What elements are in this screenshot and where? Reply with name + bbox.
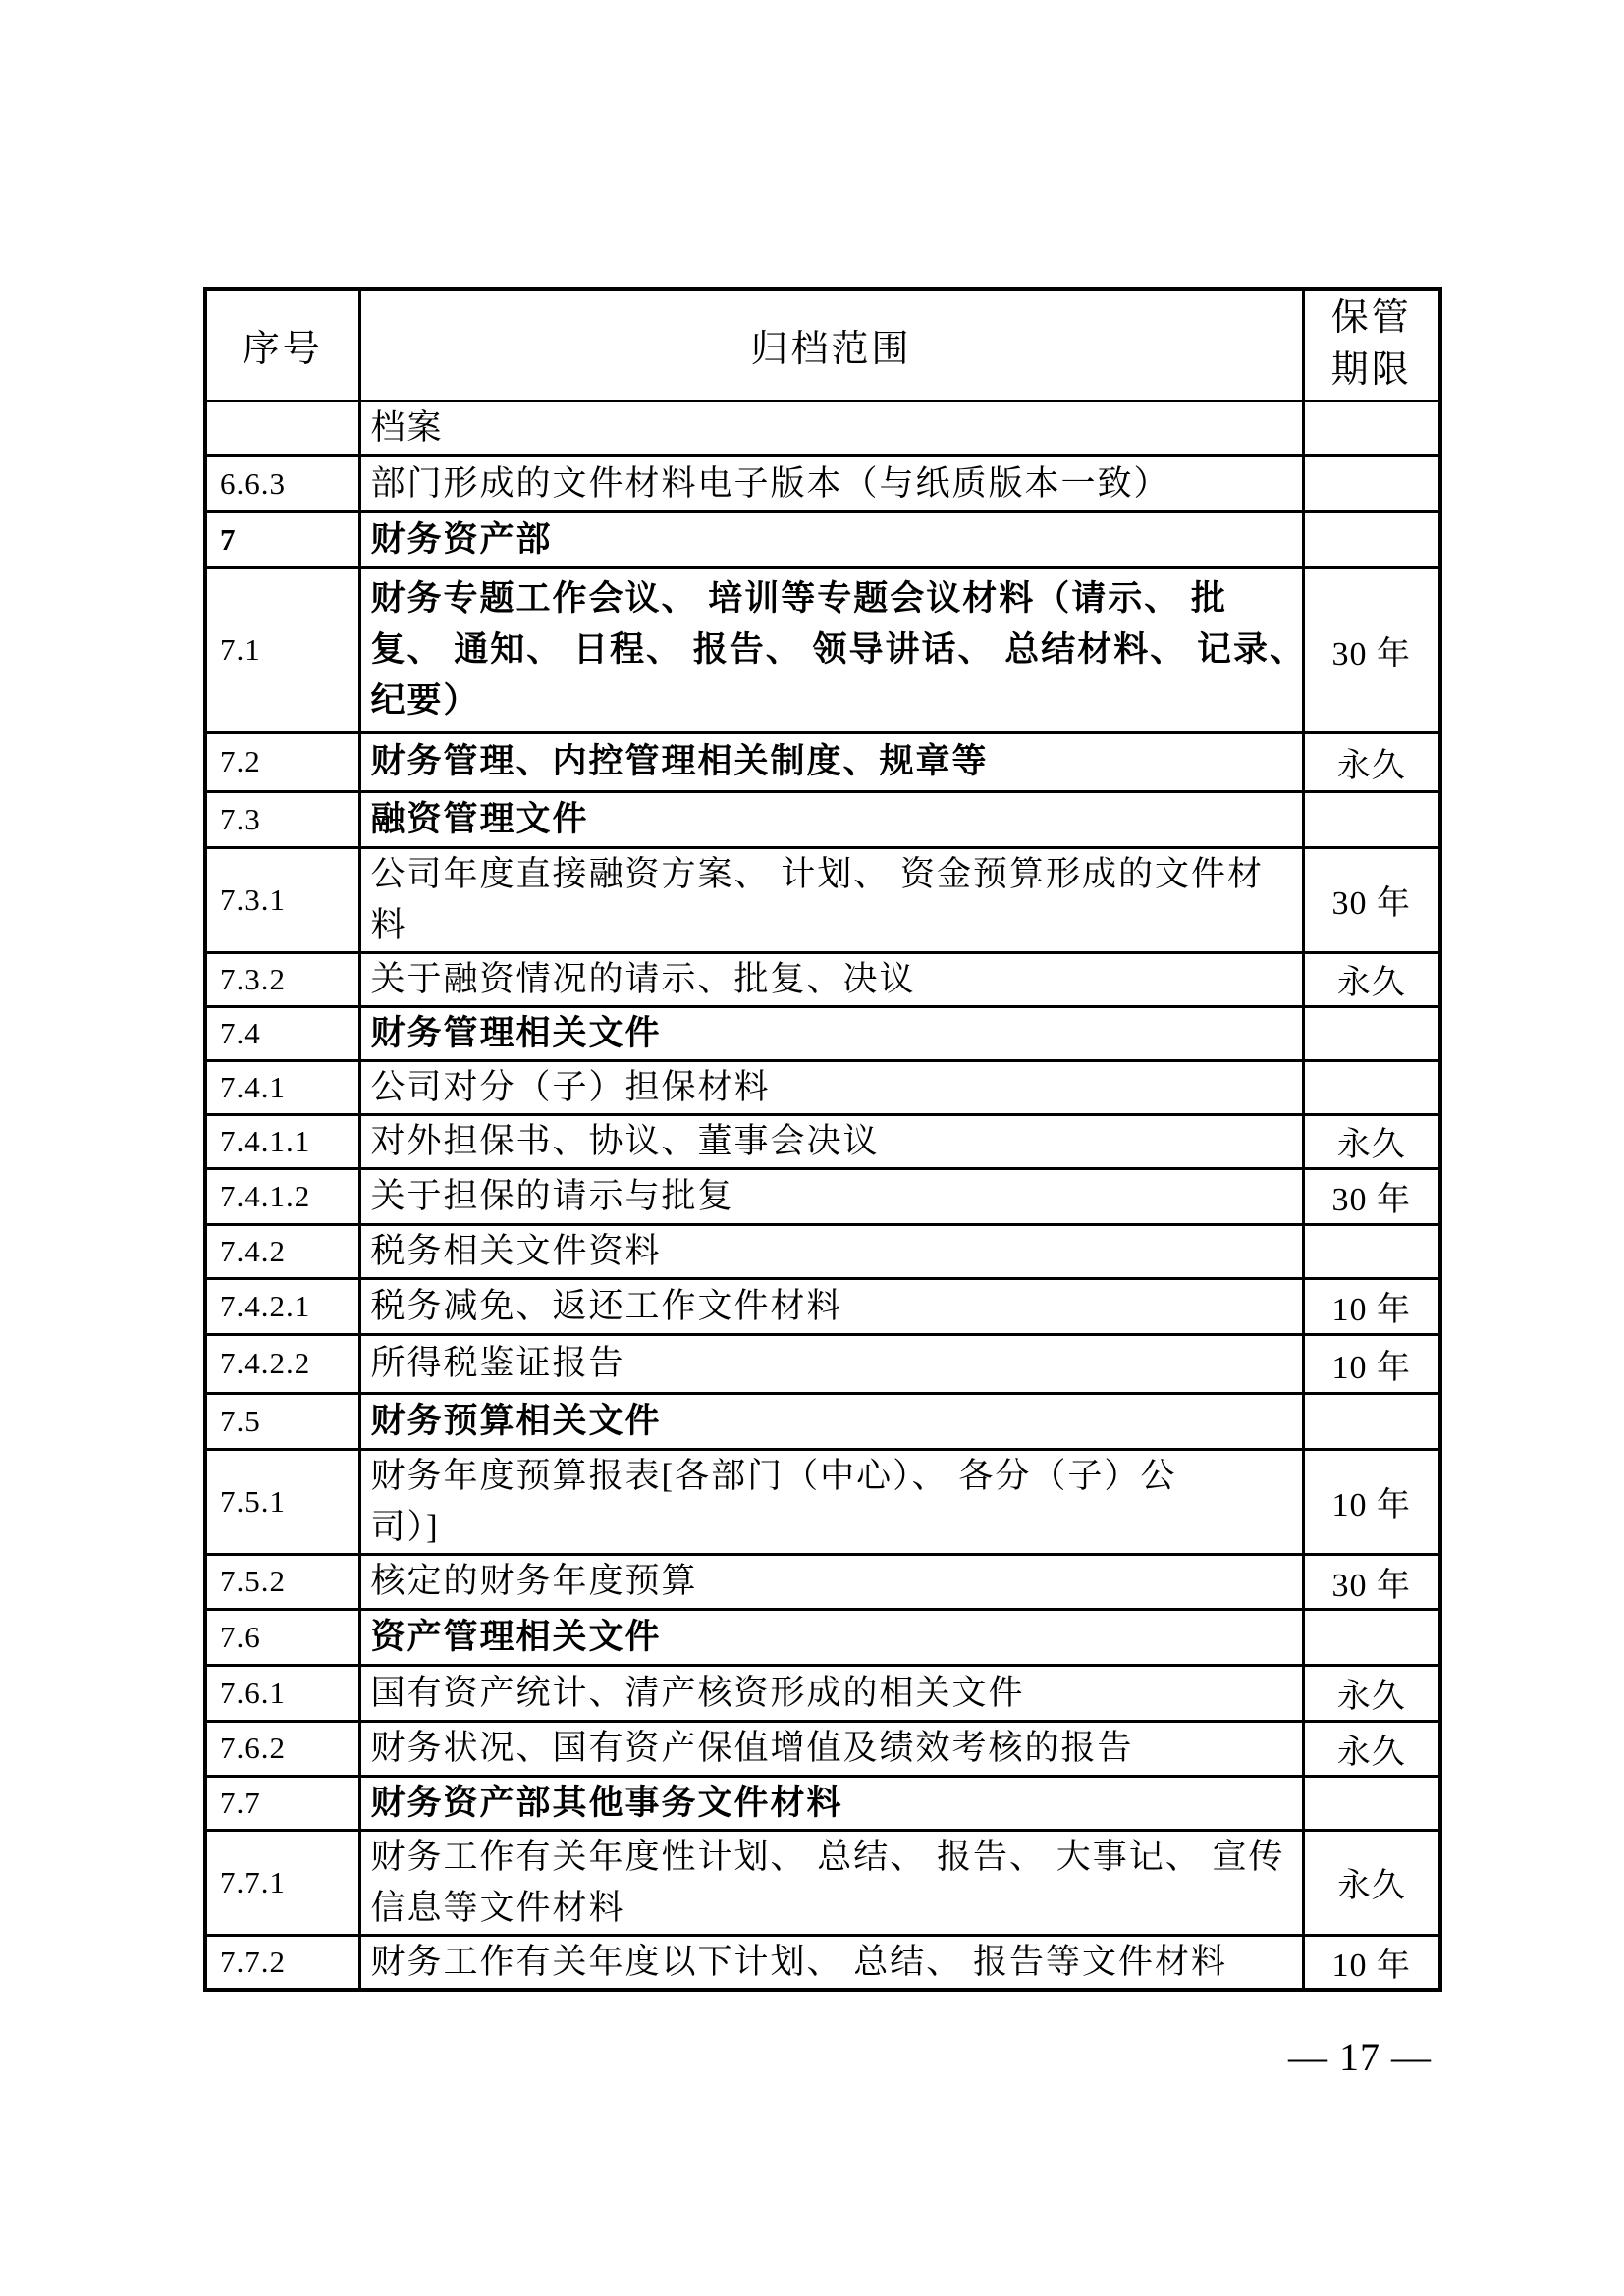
table-row: 7.1财务专题工作会议、 培训等专题会议材料（请示、 批 复、 通知、 日程、 …	[205, 567, 1440, 732]
row-number-cell	[205, 400, 359, 455]
row-scope-cell: 公司年度直接融资方案、 计划、 资金预算形成的文件材 料	[359, 847, 1303, 952]
archive-table: 序号 归档范围 保管 期限 档案6.6.3部门形成的文件材料电子版本（与纸质版本…	[203, 287, 1442, 1992]
table-row: 7.4.2税务相关文件资料	[205, 1224, 1440, 1278]
row-period-cell: 永久	[1303, 1721, 1440, 1776]
row-period-cell: 永久	[1303, 732, 1440, 791]
row-number-cell: 7.4.1.1	[205, 1114, 359, 1168]
row-number-cell: 7.6.1	[205, 1665, 359, 1721]
row-number-cell: 7.7.1	[205, 1830, 359, 1935]
row-number-cell: 7.7.2	[205, 1935, 359, 1990]
table-row: 7.3融资管理文件	[205, 791, 1440, 847]
row-number-cell: 7	[205, 511, 359, 567]
row-scope-cell: 档案	[359, 400, 1303, 455]
row-period-cell: 10 年	[1303, 1935, 1440, 1990]
table-row: 7.2财务管理、内控管理相关制度、规章等永久	[205, 732, 1440, 791]
row-period-cell: 永久	[1303, 952, 1440, 1006]
table-header-row: 序号 归档范围 保管 期限	[205, 289, 1440, 400]
table-row: 7.4财务管理相关文件	[205, 1006, 1440, 1060]
row-period-cell: 永久	[1303, 1830, 1440, 1935]
row-scope-cell: 对外担保书、协议、董事会决议	[359, 1114, 1303, 1168]
row-number-cell: 7.3.2	[205, 952, 359, 1006]
table-row: 7.6.2财务状况、国有资产保值增值及绩效考核的报告永久	[205, 1721, 1440, 1776]
table-row: 7.4.2.1税务减免、返还工作文件材料10 年	[205, 1278, 1440, 1334]
row-scope-cell: 税务相关文件资料	[359, 1224, 1303, 1278]
row-number-cell: 7.4.1	[205, 1060, 359, 1114]
row-scope-cell: 关于担保的请示与批复	[359, 1168, 1303, 1224]
row-scope-cell: 所得税鉴证报告	[359, 1334, 1303, 1393]
row-period-cell	[1303, 400, 1440, 455]
row-scope-cell: 财务工作有关年度性计划、 总结、 报告、 大事记、 宣传 信息等文件材料	[359, 1830, 1303, 1935]
table-row: 7.3.1公司年度直接融资方案、 计划、 资金预算形成的文件材 料30 年	[205, 847, 1440, 952]
row-number-cell: 7.5.1	[205, 1449, 359, 1554]
document-page: 序号 归档范围 保管 期限 档案6.6.3部门形成的文件材料电子版本（与纸质版本…	[0, 0, 1624, 2296]
row-period-cell	[1303, 791, 1440, 847]
row-number-cell: 7.6	[205, 1609, 359, 1665]
col-header-scope: 归档范围	[359, 289, 1303, 400]
row-scope-cell: 部门形成的文件材料电子版本（与纸质版本一致）	[359, 455, 1303, 511]
row-scope-cell: 关于融资情况的请示、批复、决议	[359, 952, 1303, 1006]
table-row: 7.7.1财务工作有关年度性计划、 总结、 报告、 大事记、 宣传 信息等文件材…	[205, 1830, 1440, 1935]
table-row: 7.5.2核定的财务年度预算30 年	[205, 1554, 1440, 1609]
row-period-cell	[1303, 455, 1440, 511]
row-scope-cell: 财务年度预算报表[各部门（中心）、 各分（子）公 司）]	[359, 1449, 1303, 1554]
row-period-cell	[1303, 1776, 1440, 1830]
table-row: 7.5财务预算相关文件	[205, 1393, 1440, 1449]
row-period-cell	[1303, 1393, 1440, 1449]
table-row: 7.6.1国有资产统计、清产核资形成的相关文件永久	[205, 1665, 1440, 1721]
table-row: 7.4.1.2关于担保的请示与批复30 年	[205, 1168, 1440, 1224]
row-period-cell	[1303, 1060, 1440, 1114]
row-period-cell	[1303, 1006, 1440, 1060]
table-row: 7.7财务资产部其他事务文件材料	[205, 1776, 1440, 1830]
row-number-cell: 7.2	[205, 732, 359, 791]
row-scope-cell: 财务资产部其他事务文件材料	[359, 1776, 1303, 1830]
col-header-period: 保管 期限	[1303, 289, 1440, 400]
row-period-cell	[1303, 1224, 1440, 1278]
row-scope-cell: 财务专题工作会议、 培训等专题会议材料（请示、 批 复、 通知、 日程、 报告、…	[359, 567, 1303, 732]
row-number-cell: 7.4	[205, 1006, 359, 1060]
table-row: 7.6资产管理相关文件	[205, 1609, 1440, 1665]
table-row: 7.4.1.1对外担保书、协议、董事会决议永久	[205, 1114, 1440, 1168]
table-row: 7财务资产部	[205, 511, 1440, 567]
row-period-cell: 30 年	[1303, 1554, 1440, 1609]
row-scope-cell: 财务管理、内控管理相关制度、规章等	[359, 732, 1303, 791]
row-scope-cell: 财务工作有关年度以下计划、 总结、 报告等文件材料	[359, 1935, 1303, 1990]
table-row: 档案	[205, 400, 1440, 455]
row-scope-cell: 资产管理相关文件	[359, 1609, 1303, 1665]
row-scope-cell: 税务减免、返还工作文件材料	[359, 1278, 1303, 1334]
row-number-cell: 7.3.1	[205, 847, 359, 952]
table-row: 7.7.2财务工作有关年度以下计划、 总结、 报告等文件材料10 年	[205, 1935, 1440, 1990]
row-number-cell: 7.4.1.2	[205, 1168, 359, 1224]
row-period-cell: 10 年	[1303, 1449, 1440, 1554]
row-number-cell: 7.5	[205, 1393, 359, 1449]
table-row: 7.4.2.2所得税鉴证报告10 年	[205, 1334, 1440, 1393]
row-period-cell	[1303, 511, 1440, 567]
row-scope-cell: 公司对分（子）担保材料	[359, 1060, 1303, 1114]
row-period-cell: 30 年	[1303, 847, 1440, 952]
row-period-cell	[1303, 1609, 1440, 1665]
row-number-cell: 7.7	[205, 1776, 359, 1830]
row-period-cell: 30 年	[1303, 567, 1440, 732]
table-row: 7.5.1财务年度预算报表[各部门（中心）、 各分（子）公 司）]10 年	[205, 1449, 1440, 1554]
page-number: — 17 —	[1276, 2034, 1443, 2080]
col-header-number: 序号	[205, 289, 359, 400]
row-period-cell: 永久	[1303, 1665, 1440, 1721]
row-number-cell: 6.6.3	[205, 455, 359, 511]
row-scope-cell: 财务资产部	[359, 511, 1303, 567]
row-period-cell: 30 年	[1303, 1168, 1440, 1224]
row-number-cell: 7.5.2	[205, 1554, 359, 1609]
row-scope-cell: 财务状况、国有资产保值增值及绩效考核的报告	[359, 1721, 1303, 1776]
table-row: 6.6.3部门形成的文件材料电子版本（与纸质版本一致）	[205, 455, 1440, 511]
row-period-cell: 10 年	[1303, 1334, 1440, 1393]
row-number-cell: 7.4.2	[205, 1224, 359, 1278]
row-number-cell: 7.1	[205, 567, 359, 732]
table-row: 7.4.1公司对分（子）担保材料	[205, 1060, 1440, 1114]
row-number-cell: 7.6.2	[205, 1721, 359, 1776]
row-scope-cell: 融资管理文件	[359, 791, 1303, 847]
row-number-cell: 7.3	[205, 791, 359, 847]
row-scope-cell: 财务预算相关文件	[359, 1393, 1303, 1449]
row-period-cell: 永久	[1303, 1114, 1440, 1168]
row-number-cell: 7.4.2.1	[205, 1278, 359, 1334]
row-scope-cell: 国有资产统计、清产核资形成的相关文件	[359, 1665, 1303, 1721]
table-row: 7.3.2关于融资情况的请示、批复、决议永久	[205, 952, 1440, 1006]
row-scope-cell: 核定的财务年度预算	[359, 1554, 1303, 1609]
row-scope-cell: 财务管理相关文件	[359, 1006, 1303, 1060]
row-period-cell: 10 年	[1303, 1278, 1440, 1334]
row-number-cell: 7.4.2.2	[205, 1334, 359, 1393]
